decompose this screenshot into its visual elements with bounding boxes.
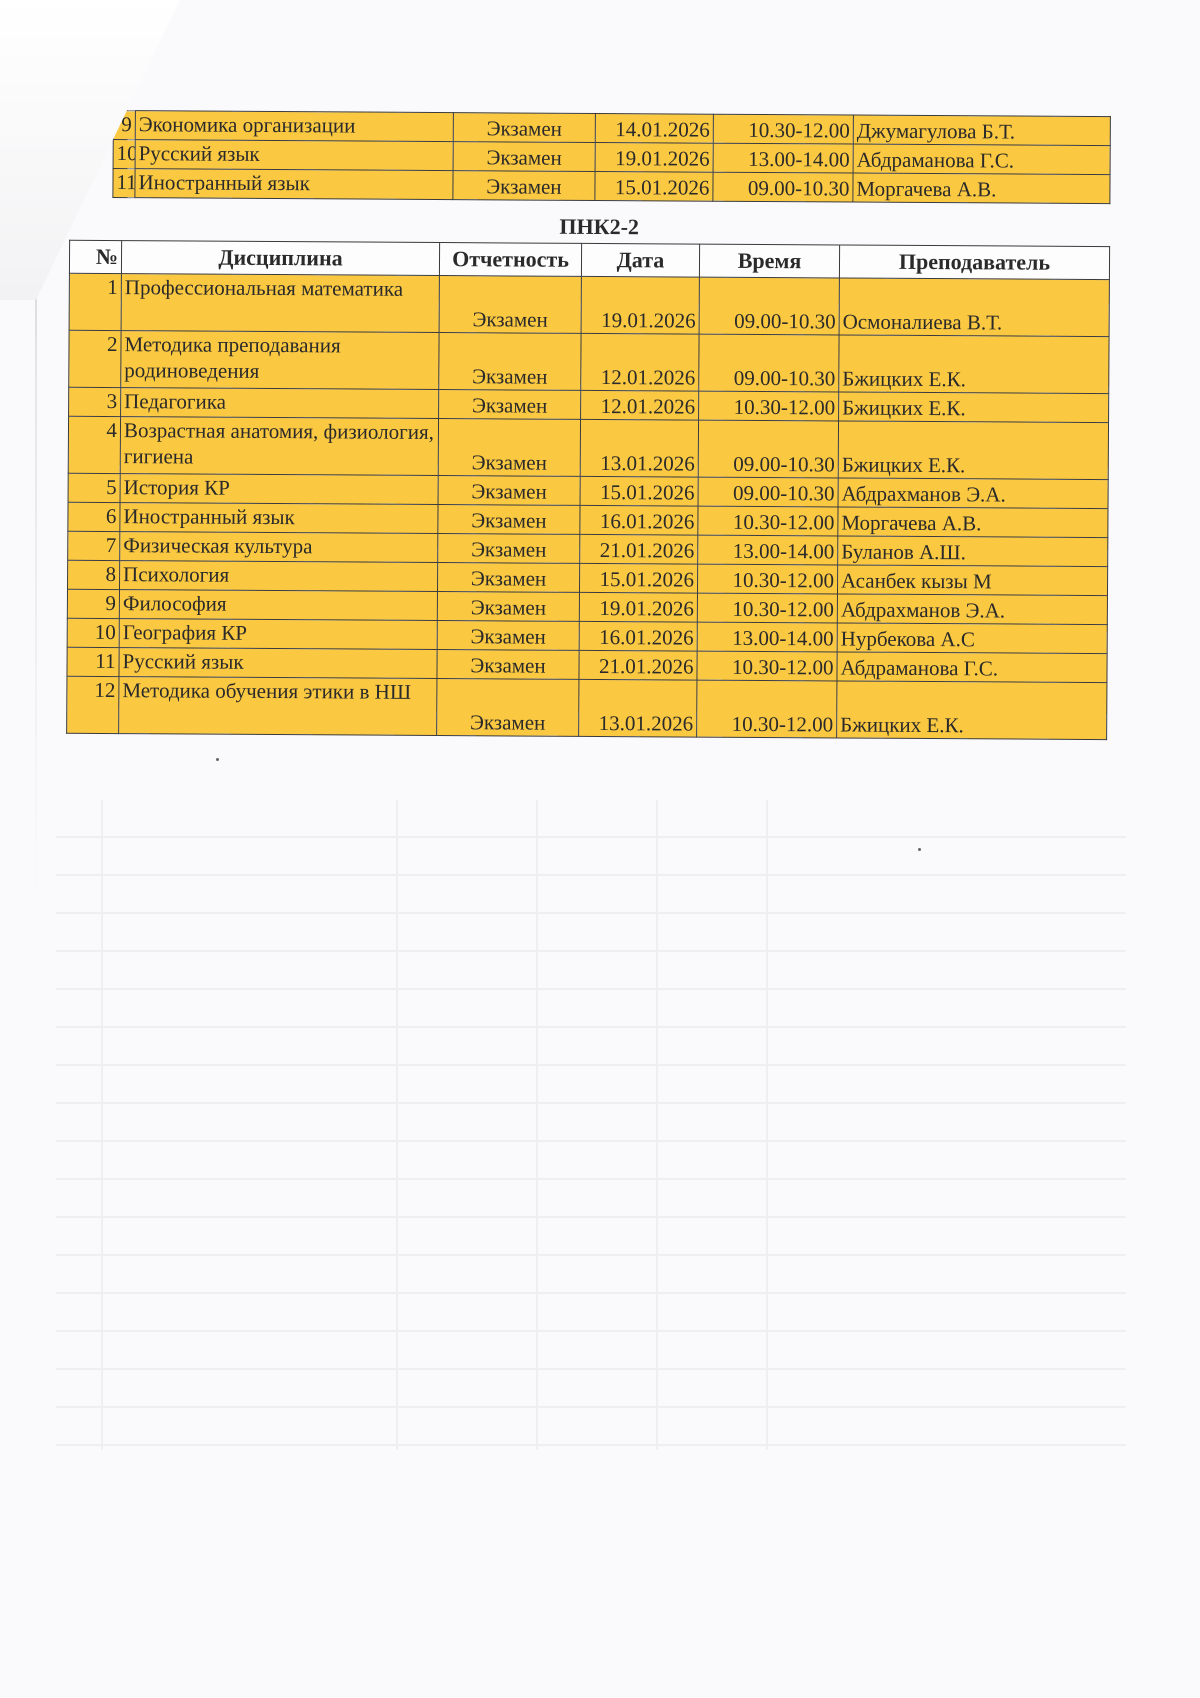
cell-discipline: Русский язык [119,648,437,679]
cell-teacher: Абдраманова Г.С. [837,652,1107,683]
header-num: № [69,240,121,273]
cell-date: 12.01.2026 [581,333,699,391]
cell-report: Экзамен [438,534,580,564]
cell-time: 09.00-10.30 [698,477,838,507]
cell-teacher: Бжицких Е.К. [838,421,1108,480]
cell-num: 11 [113,169,135,198]
cell-time: 10.30-12.00 [697,680,837,738]
cell-time: 10.30-12.00 [697,651,837,681]
cell-time: 10.30-12.00 [713,114,853,144]
cell-report: Экзамен [439,276,581,334]
cell-report: Экзамен [438,505,580,535]
cell-teacher: Моргачева А.В. [838,507,1108,538]
cell-time: 09.00-10.30 [699,277,839,335]
cell-teacher: Моргачева А.В. [853,173,1110,204]
cell-num: 3 [69,387,121,416]
cell-time: 10.30-12.00 [697,564,837,594]
cell-date: 15.01.2026 [580,476,698,506]
cell-report: Экзамен [437,679,579,737]
cell-discipline: Методика обучения этики в НШ [119,677,437,736]
cell-teacher: Абдрахманов Э.А. [837,594,1107,625]
cell-date: 14.01.2026 [595,113,713,143]
cell-report: Экзамен [437,621,579,651]
cell-date: 19.01.2026 [581,276,699,334]
cell-teacher: Бжицких Е.К. [839,392,1109,423]
cell-report: Экзамен [438,419,580,477]
cell-teacher: Бжицких Е.К. [837,681,1107,740]
cell-num: 2 [69,330,121,387]
previous-group-table-continuation: 9Экономика организацииЭкзамен14.01.20261… [112,110,1111,204]
cell-num: 6 [68,502,120,531]
cell-num: 8 [68,560,120,589]
cell-report: Экзамен [453,171,595,201]
cell-num: 12 [67,676,119,733]
cell-time: 13.00-14.00 [713,143,853,173]
cell-report: Экзамен [453,113,595,143]
scan-speck [918,848,921,851]
cell-discipline: География КР [119,619,437,650]
cell-teacher: Бжицких Е.К. [839,335,1109,394]
cell-date: 19.01.2026 [595,142,713,172]
cell-date: 16.01.2026 [579,621,697,651]
cell-teacher: Нурбекова А.С [837,623,1107,654]
cell-num: 1 [69,273,121,330]
cell-date: 15.01.2026 [579,563,697,593]
bleed-through-reverse-side [56,800,1126,1450]
cell-date: 13.01.2026 [579,679,697,737]
cell-teacher: Осмоналиева В.Т. [839,278,1109,337]
scan-speck [216,758,219,761]
cell-date: 12.01.2026 [581,390,699,420]
cell-report: Экзамен [439,333,581,391]
cell-discipline: Русский язык [135,140,453,171]
cell-num: 10 [67,618,119,647]
cell-report: Экзамен [438,476,580,506]
header-discipline: Дисциплина [121,241,439,276]
cell-time: 09.00-10.30 [713,172,853,202]
cell-discipline: Педагогика [121,388,439,419]
cell-discipline: Философия [119,590,437,621]
cell-discipline: История КР [120,474,438,505]
header-report: Отчетность [439,243,581,277]
table-row: 2Методика преподавания родиноведенияЭкза… [69,330,1109,393]
exam-schedule-table: № Дисциплина Отчетность Дата Время Препо… [66,240,1110,740]
cell-time: 10.30-12.00 [697,593,837,623]
cell-num: 10 [113,140,135,169]
cell-time: 13.00-14.00 [697,622,837,652]
table-row: 12Методика обучения этики в НШЭкзамен13.… [67,676,1107,739]
cell-time: 10.30-12.00 [699,391,839,421]
cell-teacher: Асанбек кызы М [837,565,1107,596]
cell-time: 13.00-14.00 [698,535,838,565]
cell-discipline: Иностранный язык [135,169,453,200]
cell-discipline: Психология [120,561,438,592]
cell-report: Экзамен [437,563,579,593]
cell-teacher: Абдраманова Г.С. [853,144,1110,175]
table-row: 1Профессиональная математикаЭкзамен19.01… [69,273,1109,336]
cell-time: 09.00-10.30 [698,420,838,478]
cell-date: 21.01.2026 [579,650,697,680]
header-teacher: Преподаватель [839,245,1109,280]
cell-teacher: Буланов А.Ш. [838,536,1108,567]
cell-date: 13.01.2026 [580,419,698,477]
cell-date: 15.01.2026 [595,171,713,201]
cell-time: 09.00-10.30 [699,334,839,392]
cell-report: Экзамен [439,390,581,420]
cell-discipline: Возрастная анатомия, физиология, гигиена [120,417,438,476]
cell-date: 21.01.2026 [580,534,698,564]
cell-num: 9 [67,589,119,618]
cell-date: 16.01.2026 [580,505,698,535]
cell-report: Экзамен [437,592,579,622]
header-date: Дата [581,243,699,277]
cell-date: 19.01.2026 [579,592,697,622]
cell-discipline: Методика преподавания родиноведения [121,331,439,390]
cell-report: Экзамен [453,142,595,172]
header-time: Время [699,244,839,278]
table-row: 11Иностранный языкЭкзамен15.01.202609.00… [113,169,1110,204]
table-row: 4Возрастная анатомия, физиология, гигиен… [68,416,1108,479]
cell-discipline: Физическая культура [120,532,438,563]
cell-discipline: Экономика организации [135,111,453,142]
cell-teacher: Джумагулова Б.Т. [853,115,1110,146]
cell-discipline: Профессиональная математика [121,274,439,333]
cell-report: Экзамен [437,650,579,680]
cell-num: 7 [68,531,120,560]
cell-num: 4 [68,416,120,473]
cell-time: 10.30-12.00 [698,506,838,536]
cell-discipline: Иностранный язык [120,503,438,534]
cell-num: 11 [67,647,119,676]
cell-teacher: Абдрахманов Э.А. [838,478,1108,509]
cell-num: 5 [68,473,120,502]
